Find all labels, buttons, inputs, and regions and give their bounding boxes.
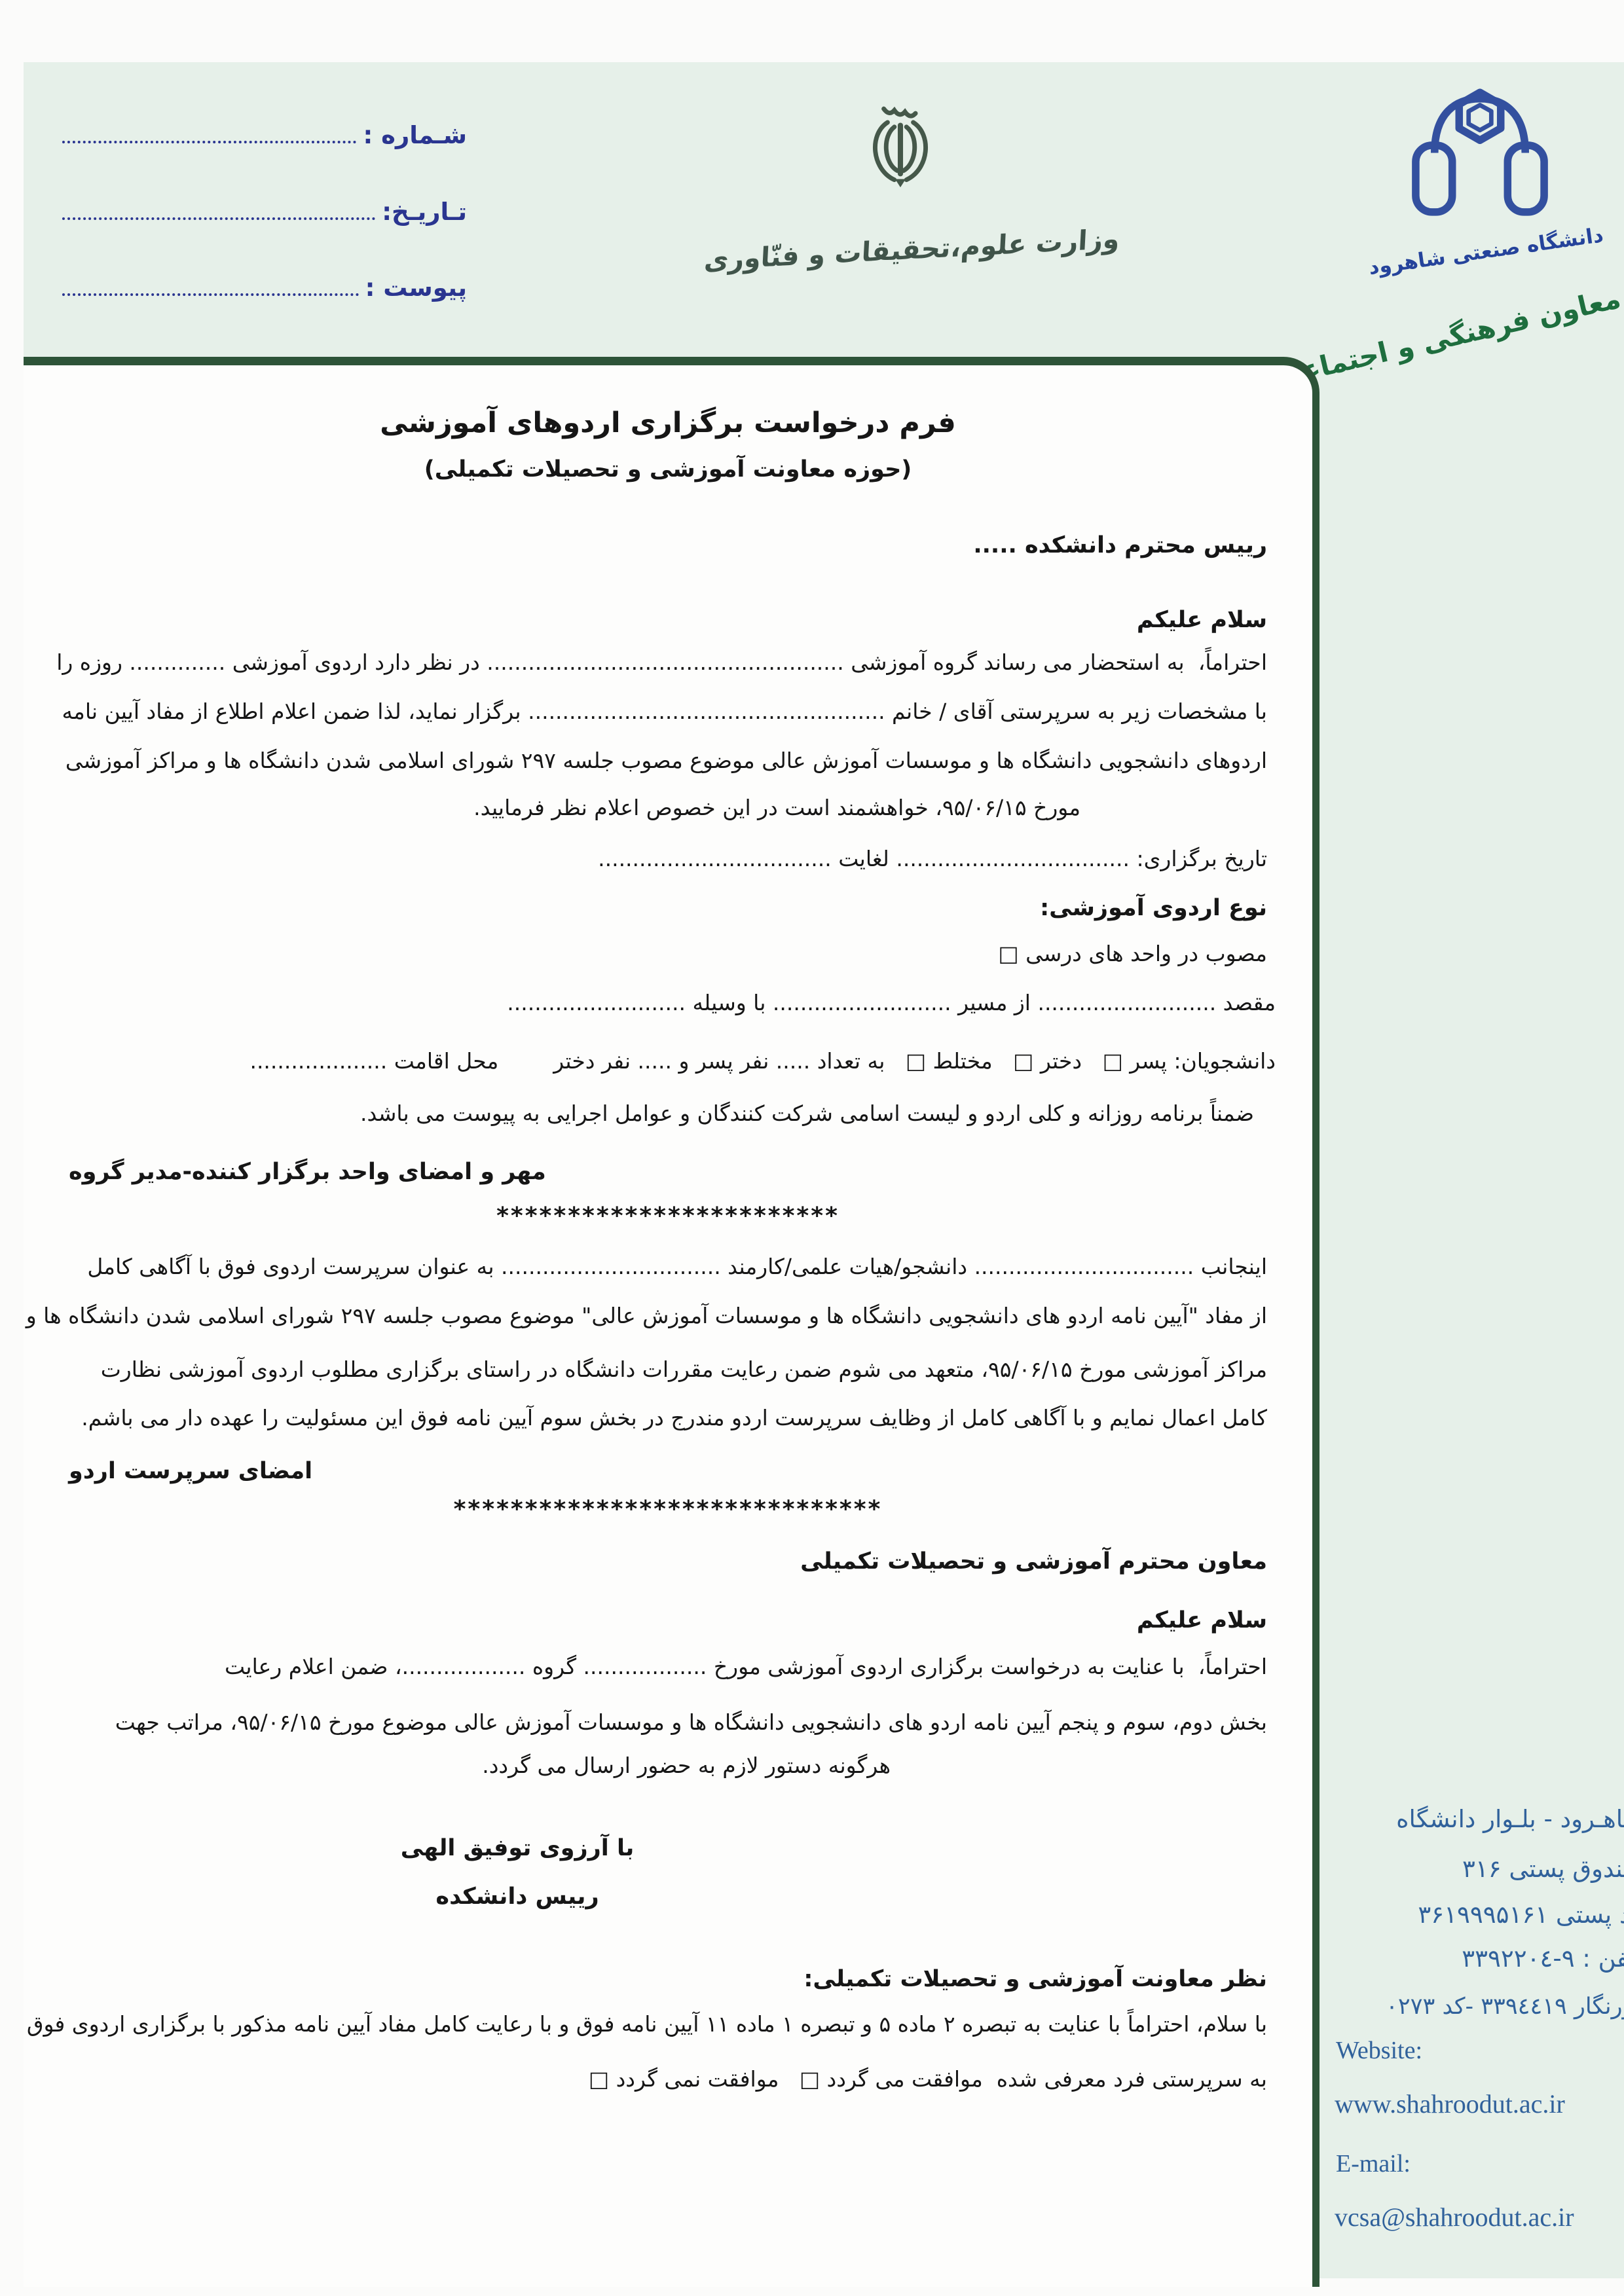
deputy-line-2: بخش دوم، سوم و پنجم آیین نامه اردو های د… [115, 1707, 1267, 1738]
university-logo-icon [1398, 75, 1562, 229]
address-phone-line: تلفن : ۹-۳۳۹۲۲۰٤ [1462, 1941, 1624, 1977]
deputy-line-3: هرگونه دستور لازم به حضور ارسال می گردد. [482, 1750, 891, 1781]
deputy-line-1: احتراماً، با عنایت به درخواست برگزاری ار… [225, 1651, 1267, 1683]
letter-date-dotted-line [62, 217, 375, 220]
address-city-line: شاهـرود - بلـوار دانشگاه [1396, 1802, 1624, 1837]
route-line: مقصد .......................... از مسیر … [507, 987, 1276, 1019]
form-subtitle: (حوزه معاونت آموزشی و تحصیلات تکمیلی) [24, 453, 1312, 486]
email-address: vcsa@shahroodut.ac.ir [1335, 2198, 1574, 2236]
supervisor-line-1: اینجانب ................................… [87, 1251, 1267, 1283]
letter-date-row: تـاریـخ: [62, 198, 467, 226]
letter-attachment-label: پیوست : [359, 274, 467, 302]
letter-attachment-dotted-line [62, 293, 359, 296]
letter-number-dotted-line [62, 141, 356, 143]
request-line-3: اردوهای دانشجویی دانشگاه ها و موسسات آمو… [65, 745, 1267, 776]
address-fax-line: دورنگار ۳۳۹٤٤۱۹ -کد ۰۲۷۳ [1386, 1990, 1624, 2024]
iran-emblem-icon [861, 98, 940, 196]
address-pobox-line: صندوق پستی ۳۱۶ [1462, 1851, 1624, 1887]
request-line-1: احتراماً، به استحضار می رساند گروه آموزش… [56, 647, 1267, 678]
opinion-line-2: به سرپرستی فرد معرفی شده موافقت می گردد … [589, 2064, 1267, 2095]
request-line-4: مورخ ۹۵/۰۶/۱۵، خواهشمند است در این خصوص … [473, 792, 1080, 824]
greeting-2: سلام علیکم [1137, 1604, 1267, 1637]
letter-number-row: شـماره : [62, 121, 467, 149]
request-line-2: با مشخصات زیر به سرپرستی آقای / خانم ...… [62, 696, 1267, 727]
greeting-1: سلام علیکم [1137, 604, 1267, 637]
dean-signature-label: رییس دانشکده [354, 1880, 681, 1914]
letter-number-label: شـماره : [356, 121, 467, 149]
separator-stars-2: ****************************** [24, 1493, 1312, 1527]
dean-salutation: رییس محترم دانشکده ..... [973, 529, 1267, 562]
deputy-heading: معاون محترم آموزشی و تحصیلات تکمیلی [800, 1545, 1267, 1578]
attachment-note: ضمناً برنامه روزانه و کلی اردو و لیست اس… [360, 1098, 1254, 1129]
students-line: دانشجویان: پسر □ دختر □ مختلط □ به تعداد… [249, 1046, 1276, 1077]
supervisor-line-4: کامل اعمال نمایم و با آگاهی کامل از وظای… [81, 1402, 1267, 1434]
supervisor-line-2: از مفاد "آیین نامه اردو های دانشجویی دان… [26, 1300, 1267, 1332]
address-postal-line: کد پستی ۳۶۱۹۹۹۵۱۶۱ [1418, 1897, 1624, 1933]
website-label: Website: [1336, 2033, 1422, 2069]
separator-stars-1: ************************ [24, 1199, 1312, 1233]
form-title: فرم درخواست برگزاری اردوهای آموزشی [24, 403, 1312, 443]
camp-type-option: مصوب در واحد های درسی □ [998, 938, 1267, 970]
supervisor-line-3: مراکز آموزشی مورخ ۹۵/۰۶/۱۵، متعهد می شوم… [101, 1354, 1267, 1385]
event-date-line: تاریخ برگزاری: .........................… [598, 843, 1267, 875]
email-label: E-mail: [1336, 2146, 1411, 2182]
website-url: www.shahroodut.ac.ir [1335, 2085, 1565, 2123]
opinion-line-1: با سلام، احتراماً با عنایت به تبصره ۲ ما… [27, 2009, 1267, 2040]
letter-attachment-row: پیوست : [62, 274, 467, 302]
opinion-heading: نظر معاونت آموزشی و تحصیلات تکمیلی: [803, 1963, 1267, 1996]
scanned-form-page: شـماره : تـاریـخ: پیوست : وزارت علوم،تحق… [0, 0, 1624, 2296]
supervisor-signature-label: امضای سرپرست اردو [69, 1455, 312, 1488]
camp-type-heading: نوع اردوی آموزشی: [1040, 892, 1267, 925]
letter-date-label: تـاریـخ: [375, 198, 467, 226]
blessing-line: با آرزوی توفیق الهی [354, 1832, 681, 1865]
organizer-signature-label: مهر و امضای واحد برگزار کننده-مدیر گروه [69, 1156, 546, 1189]
